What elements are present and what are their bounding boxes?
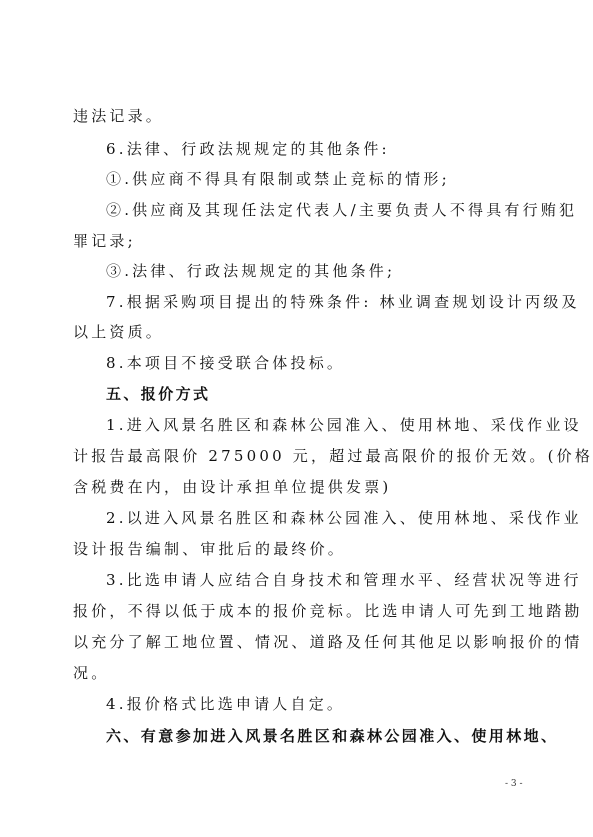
text-line: 1.进入风景名胜区和森林公园准入、使用林地、采伐作业设: [106, 415, 582, 435]
text-line: 报价，不得以低于成本的报价竞标。比选申请人可先到工地踏勘: [73, 601, 583, 621]
text-line: 罪记录;: [73, 231, 136, 251]
document-page: 违法记录。6.法律、行政法规规定的其他条件:①.供应商不得具有限制或禁止竞标的情…: [0, 0, 593, 837]
text-line: 4.报价格式比选申请人自定。: [106, 694, 345, 714]
text-line: ①.供应商不得具有限制或禁止竞标的情形;: [106, 169, 450, 189]
text-line: 8.本项目不接受联合体投标。: [106, 353, 345, 373]
text-line: ②.供应商及其现任法定代表人/主要负责人不得具有行贿犯: [106, 200, 577, 220]
section-heading: 五、报价方式: [106, 384, 210, 404]
text-line: 2.以进入风景名胜区和森林公园准入、使用林地、采伐作业: [106, 508, 582, 528]
text-line: 况。: [73, 663, 109, 683]
section-heading: 六、有意参加进入风景名胜区和森林公园准入、使用林地、: [106, 726, 558, 746]
text-line: 以上资质。: [73, 322, 164, 342]
text-line: 7.根据采购项目提出的特殊条件: 林业调查规划设计丙级及: [106, 292, 580, 312]
text-line: 以充分了解工地位置、情况、道路及任何其他足以影响报价的情: [73, 632, 583, 652]
text-line: 设计报告编制、审批后的最终价。: [73, 539, 346, 559]
text-line: 计报告最高限价 275000 元，超过最高限价的报价无效。(价格包: [73, 446, 593, 466]
text-line: 违法记录。: [73, 106, 164, 126]
text-line: 6.法律、行政法规规定的其他条件:: [106, 139, 390, 159]
text-line: 含税费在内，由设计承担单位提供发票): [73, 477, 391, 497]
text-line: ③.法律、行政法规规定的其他条件;: [106, 261, 395, 281]
page-number: - 3 -: [505, 779, 523, 789]
text-line: 3.比选申请人应结合自身技术和管理水平、经营状况等进行: [106, 570, 582, 590]
